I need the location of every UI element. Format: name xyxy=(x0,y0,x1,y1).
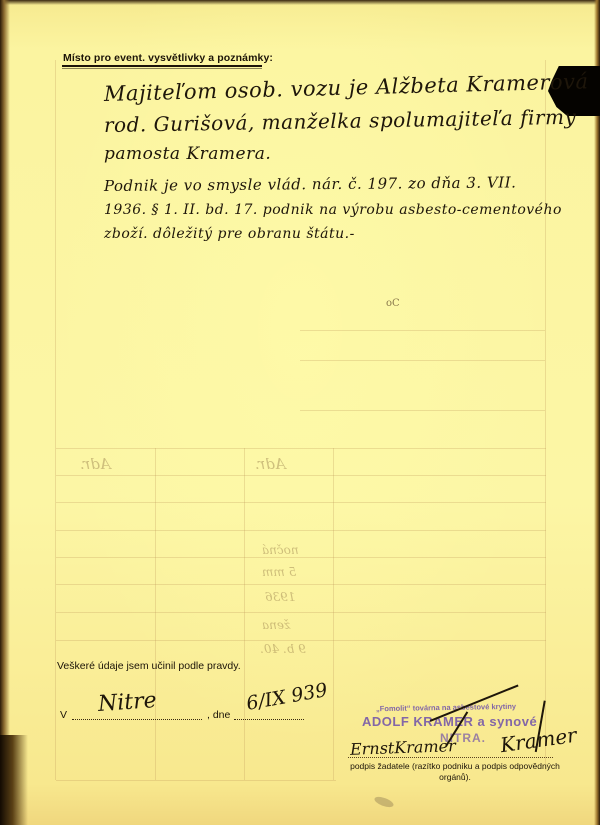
place-label: V xyxy=(60,709,67,721)
bleed-through-text: nočná xyxy=(262,543,299,557)
bleed-through-text: 1936 xyxy=(265,590,296,604)
margin-mark: oC xyxy=(386,298,400,309)
place-value: Nitre xyxy=(97,688,157,717)
section-heading: Místo pro event. vysvětlivky a poznámky: xyxy=(63,52,273,64)
heading-underline-secondary xyxy=(62,68,262,69)
bleed-through-text: 9 b. 40. xyxy=(260,642,306,656)
date-field xyxy=(234,719,304,720)
document-page: Adr. Adr. nočná 5 mm 1936 žena 9 b. 40. … xyxy=(0,0,600,825)
scan-edge-top xyxy=(0,0,600,5)
bleed-through-text: Adr. xyxy=(80,455,111,473)
scan-edge-right xyxy=(594,0,600,825)
handwritten-note-line: Majiteľom osob. vozu je Alžbeta Kramerov… xyxy=(104,69,589,106)
bleed-through-text: žena xyxy=(262,618,290,632)
place-field xyxy=(72,719,202,720)
bleed-through-text: Adr. xyxy=(255,455,286,473)
scan-edge-shadow xyxy=(0,735,28,825)
handwritten-note-line: Podnik je vo smysle vlád. nár. č. 197. z… xyxy=(104,173,517,195)
date-value: 6/IX 939 xyxy=(245,679,329,715)
handwritten-note-line: pamosta Kramera. xyxy=(104,144,271,164)
date-label: , dne xyxy=(207,709,230,721)
handwritten-note-line: zboží. dôležitý pre obranu štátu.- xyxy=(104,226,355,242)
signature-caption: podpis žadatele (razítko podniku a podpi… xyxy=(350,761,560,783)
declaration-text: Veškeré údaje jsem učinil podle pravdy. xyxy=(57,660,241,672)
scan-edge-left xyxy=(0,0,10,825)
ink-smudge xyxy=(373,795,395,809)
handwritten-note-line: rod. Gurišová, manželka spolumajiteľa fi… xyxy=(104,105,577,137)
handwritten-note-line: 1936. § 1. II. bd. 17. podnik na výrobu … xyxy=(104,202,562,218)
company-stamp-name: ADOLF KRAMER a synové xyxy=(362,714,537,729)
bleed-through-text: 5 mm xyxy=(262,565,296,579)
company-stamp-line: „Fomolit“ továrna na asbestové krytiny xyxy=(376,702,516,713)
signature-line xyxy=(348,757,553,758)
signature: ErnstKramer xyxy=(350,736,456,759)
heading-underline xyxy=(62,65,262,67)
